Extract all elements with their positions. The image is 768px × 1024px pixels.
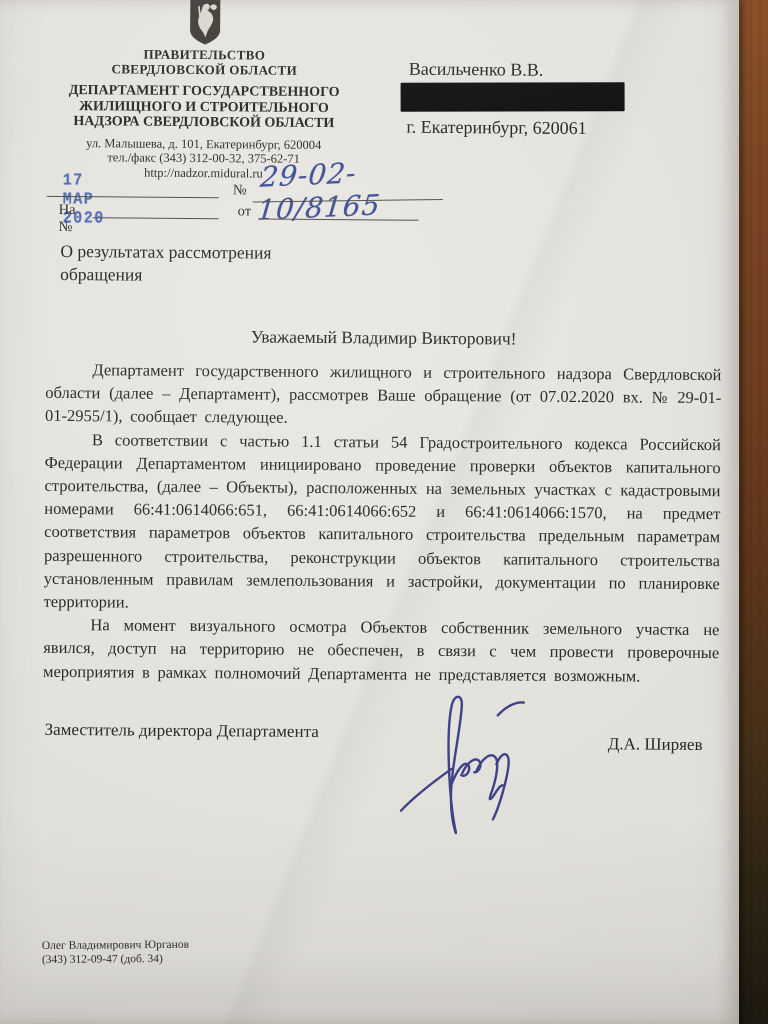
body-paragraph: Департамент государственного жилищного и… — [45, 358, 722, 433]
recipient-city: г. Екатеринбург, 620061 — [406, 117, 586, 139]
incoming-number-underline — [93, 217, 219, 219]
body-paragraph: В соответствии с частью 1.1 статьи 54 Гр… — [44, 427, 721, 618]
executor-block: Олег Владимирович Юрганов (343) 312-09-4… — [42, 938, 189, 967]
department-line: НАДЗОРА СВЕРДЛОВСКОЙ ОБЛАСТИ — [31, 114, 376, 132]
redaction-bar — [401, 82, 625, 112]
incoming-from-label: от — [238, 203, 252, 220]
number-sign: № — [233, 182, 247, 199]
government-line: СВЕРДЛОВСКОЙ ОБЛАСТИ — [32, 61, 377, 79]
executor-phone: (343) 312-09-47 (доб. 34) — [42, 952, 189, 967]
incoming-ref-label: На № — [58, 202, 75, 236]
handwritten-signature — [399, 689, 565, 840]
subject-line: обращения — [60, 263, 271, 288]
salutation: Уважаемый Владимир Викторович! — [46, 325, 722, 351]
body-paragraph: На момент визуального осмотра Объектов с… — [43, 613, 720, 688]
subject-line: О результатах рассмотрения — [60, 240, 271, 265]
letterhead: ПРАВИТЕЛЬСТВО СВЕРДЛОВСКОЙ ОБЛАСТИ ДЕПАР… — [31, 0, 377, 181]
recipient-block: Васильченко В.В. ııı ıı ııı г. Екатеринб… — [409, 59, 719, 82]
signature-row: Заместитель директора Департамента Д.А. … — [44, 720, 702, 755]
handwritten-outgoing-number: 29-02-10/8165 — [256, 155, 386, 227]
coat-of-arms-icon — [32, 0, 377, 46]
letter-paper: ПРАВИТЕЛЬСТВО СВЕРДЛОВСКОЙ ОБЛАСТИ ДЕПАР… — [0, 0, 739, 1024]
signer-position: Заместитель директора Департамента — [45, 720, 319, 742]
signer-name: Д.А. Ширяев — [608, 734, 703, 755]
subject-block: О результатах рассмотрения обращения — [60, 240, 271, 288]
executor-name: Олег Владимирович Юрганов — [42, 938, 189, 953]
letter-body: Департамент государственного жилищного и… — [43, 358, 722, 688]
photographed-letter-scene: ПРАВИТЕЛЬСТВО СВЕРДЛОВСКОЙ ОБЛАСТИ ДЕПАР… — [0, 0, 768, 1024]
